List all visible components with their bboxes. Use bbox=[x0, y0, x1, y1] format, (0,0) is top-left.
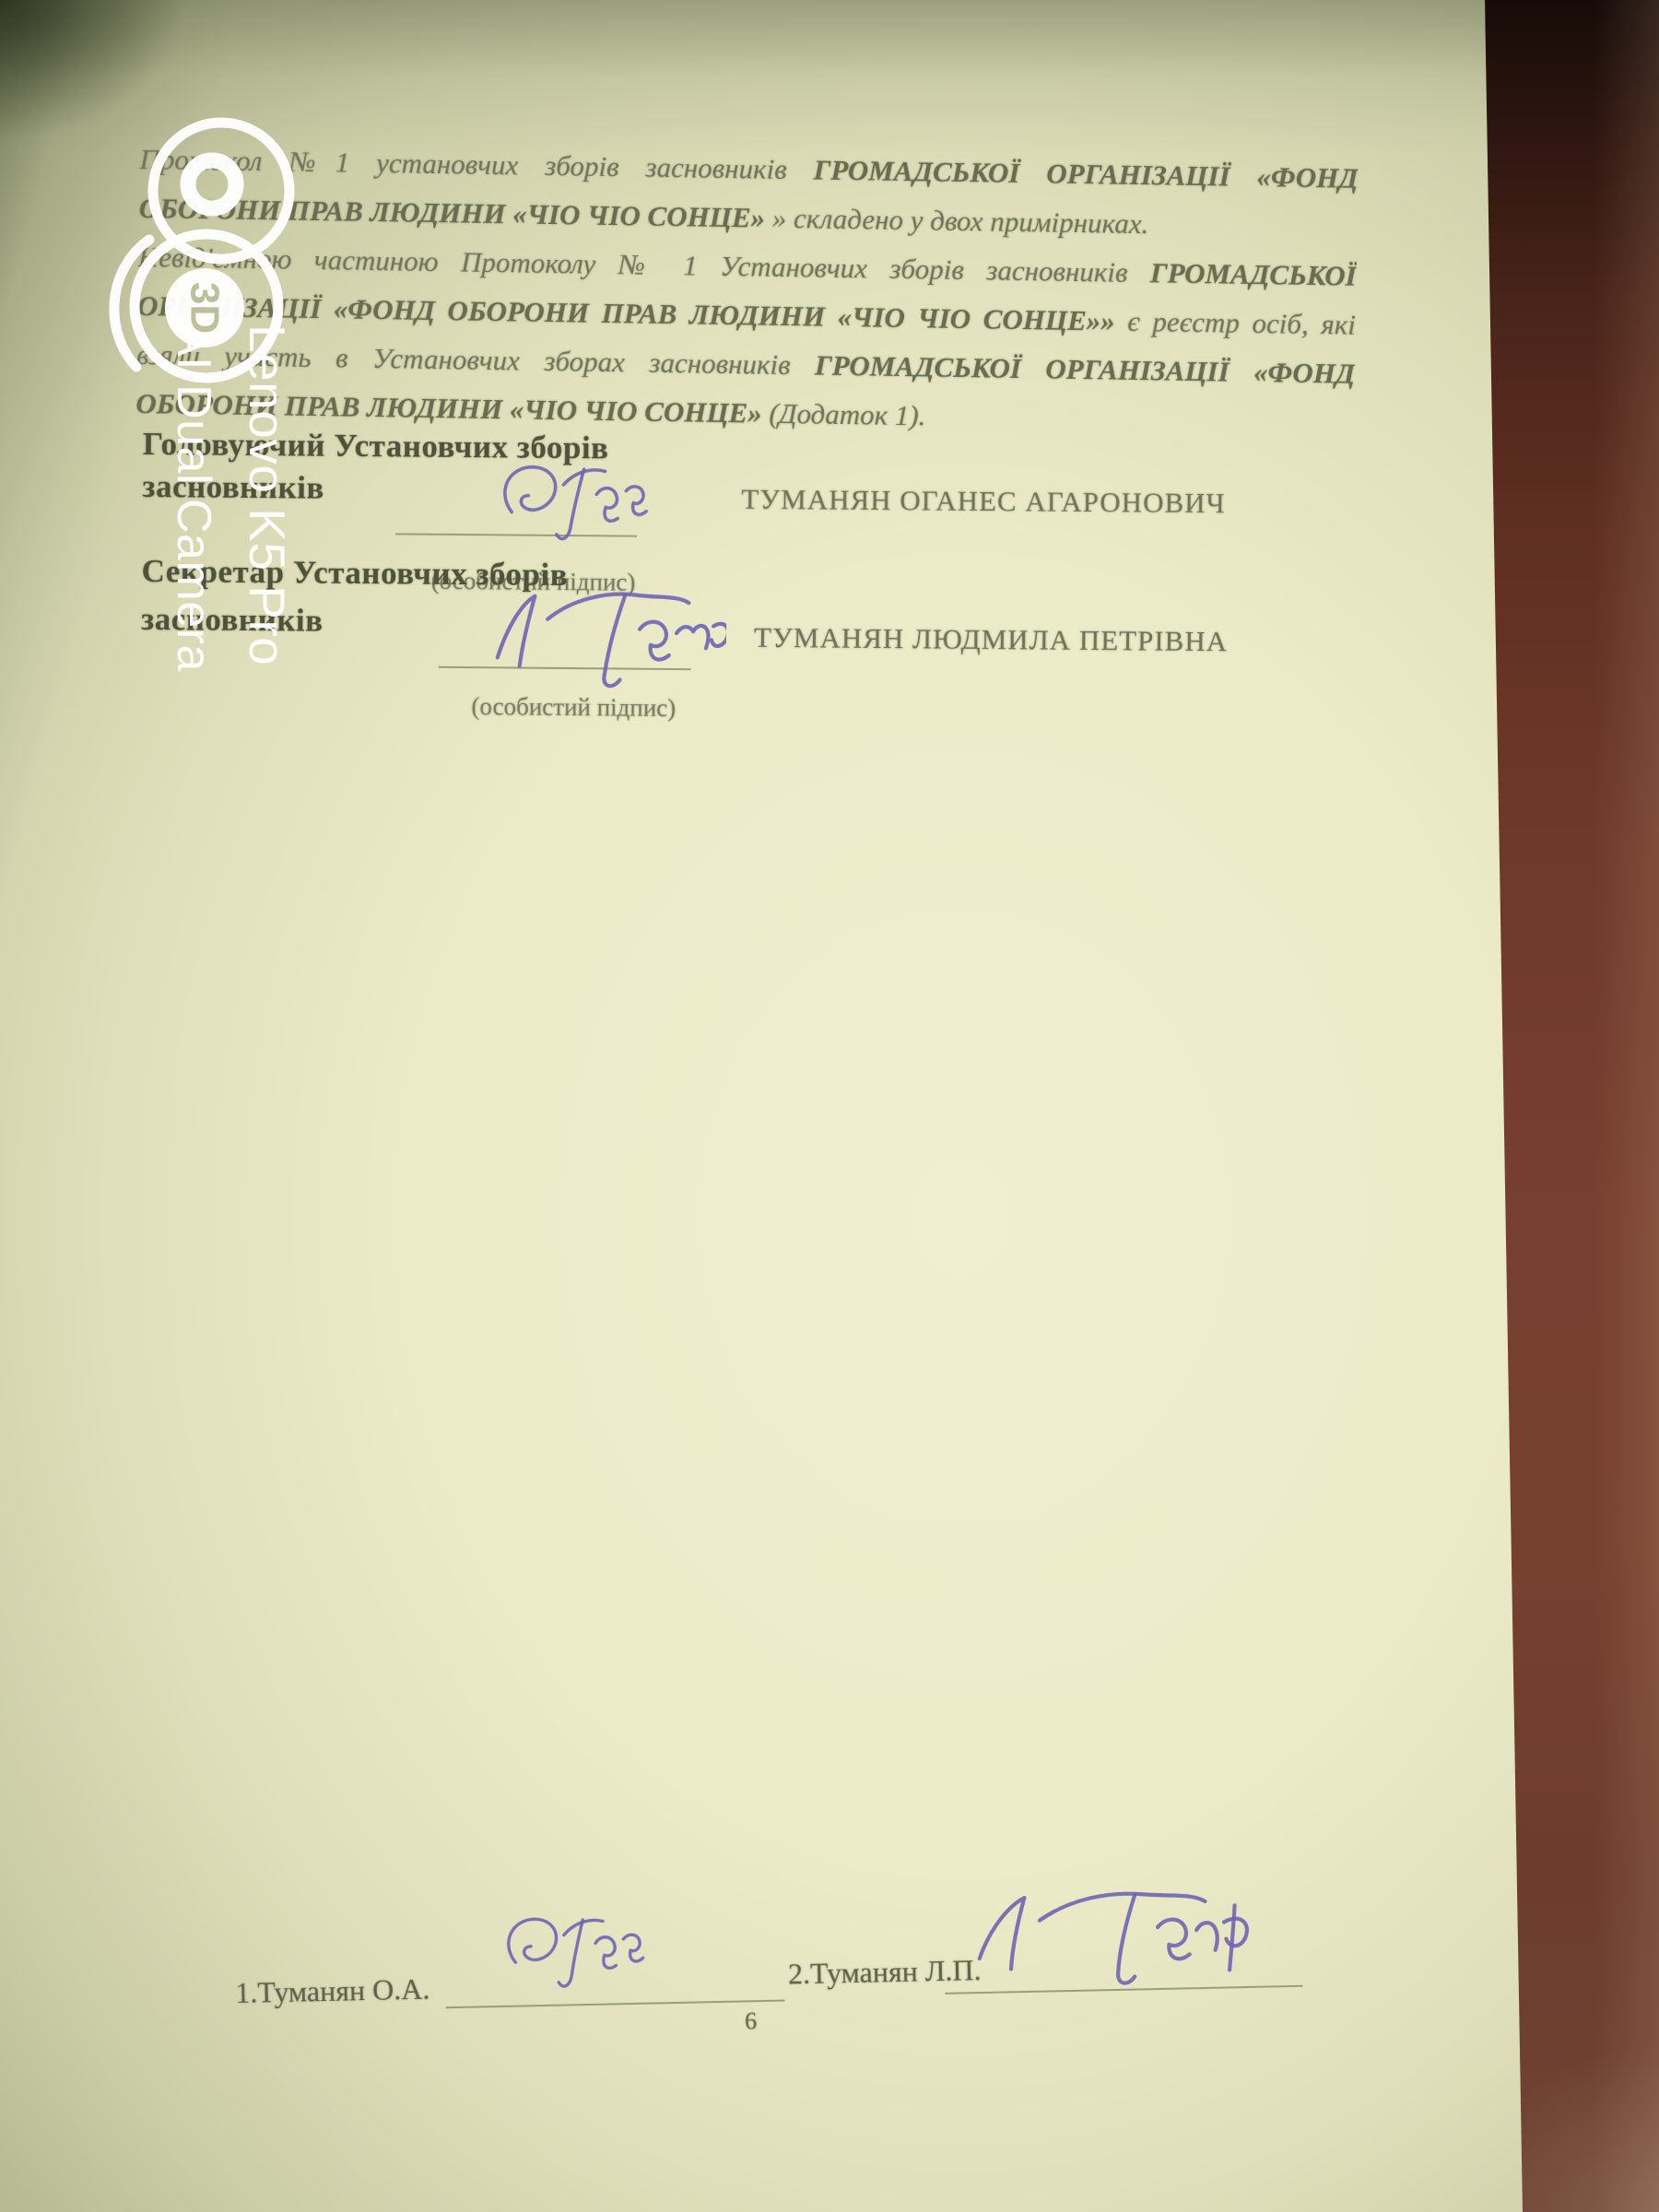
protocol-paragraphs: Протокол №1 установчих зборів засновникі… bbox=[135, 135, 1359, 447]
paragraph-text: (Додаток 1). bbox=[769, 397, 926, 432]
footer-right-signature-scribble bbox=[961, 1877, 1268, 1999]
paragraph-text: є реєстр осіб, які bbox=[1127, 305, 1356, 341]
secretary-signature-scribble bbox=[477, 576, 726, 698]
chairman-signature-scribble bbox=[488, 456, 664, 550]
chairman-name: ТУМАНЯН ОГАНЕС АГАРОНОВИЧ bbox=[741, 483, 1226, 521]
organization-name-text: ГРОМАДСЬКОЇ ОРГАНІЗАЦІЇ «ФОНД bbox=[815, 349, 1356, 390]
organization-name-text: ГРОМАДСЬКОЇ ОРГАНІЗАЦІЇ «ФОНД bbox=[813, 153, 1358, 194]
watermark-brand-text: Lenovo K5 Pro bbox=[238, 324, 297, 665]
footer-signers: 1.Туманян О.А. 6 2.Туманян Л.П. bbox=[234, 1930, 1315, 2090]
footer-left-signature-scribble bbox=[491, 1904, 659, 2000]
camera-lens-ring-icon bbox=[188, 160, 236, 208]
secretary-name: ТУМАНЯН ЛЮДМИЛА ПЕТРІВНА bbox=[754, 621, 1228, 658]
organization-name-text: ГРОМАДСЬКОЇ bbox=[1150, 256, 1357, 292]
page-number: 6 bbox=[745, 2007, 758, 2035]
footer-right-signer: 2.Туманян Л.П. bbox=[788, 1953, 982, 1991]
photo-of-document: Протокол №1 установчих зборів засновникі… bbox=[0, 0, 1659, 2212]
footer-left-signature-line bbox=[446, 2000, 785, 2009]
footer-left-signer: 1.Туманян О.А. bbox=[235, 1972, 430, 2010]
watermark-feature-text: AI Dual Camera bbox=[166, 324, 221, 672]
paragraph-text: » складено у двох примірниках. bbox=[772, 202, 1149, 240]
